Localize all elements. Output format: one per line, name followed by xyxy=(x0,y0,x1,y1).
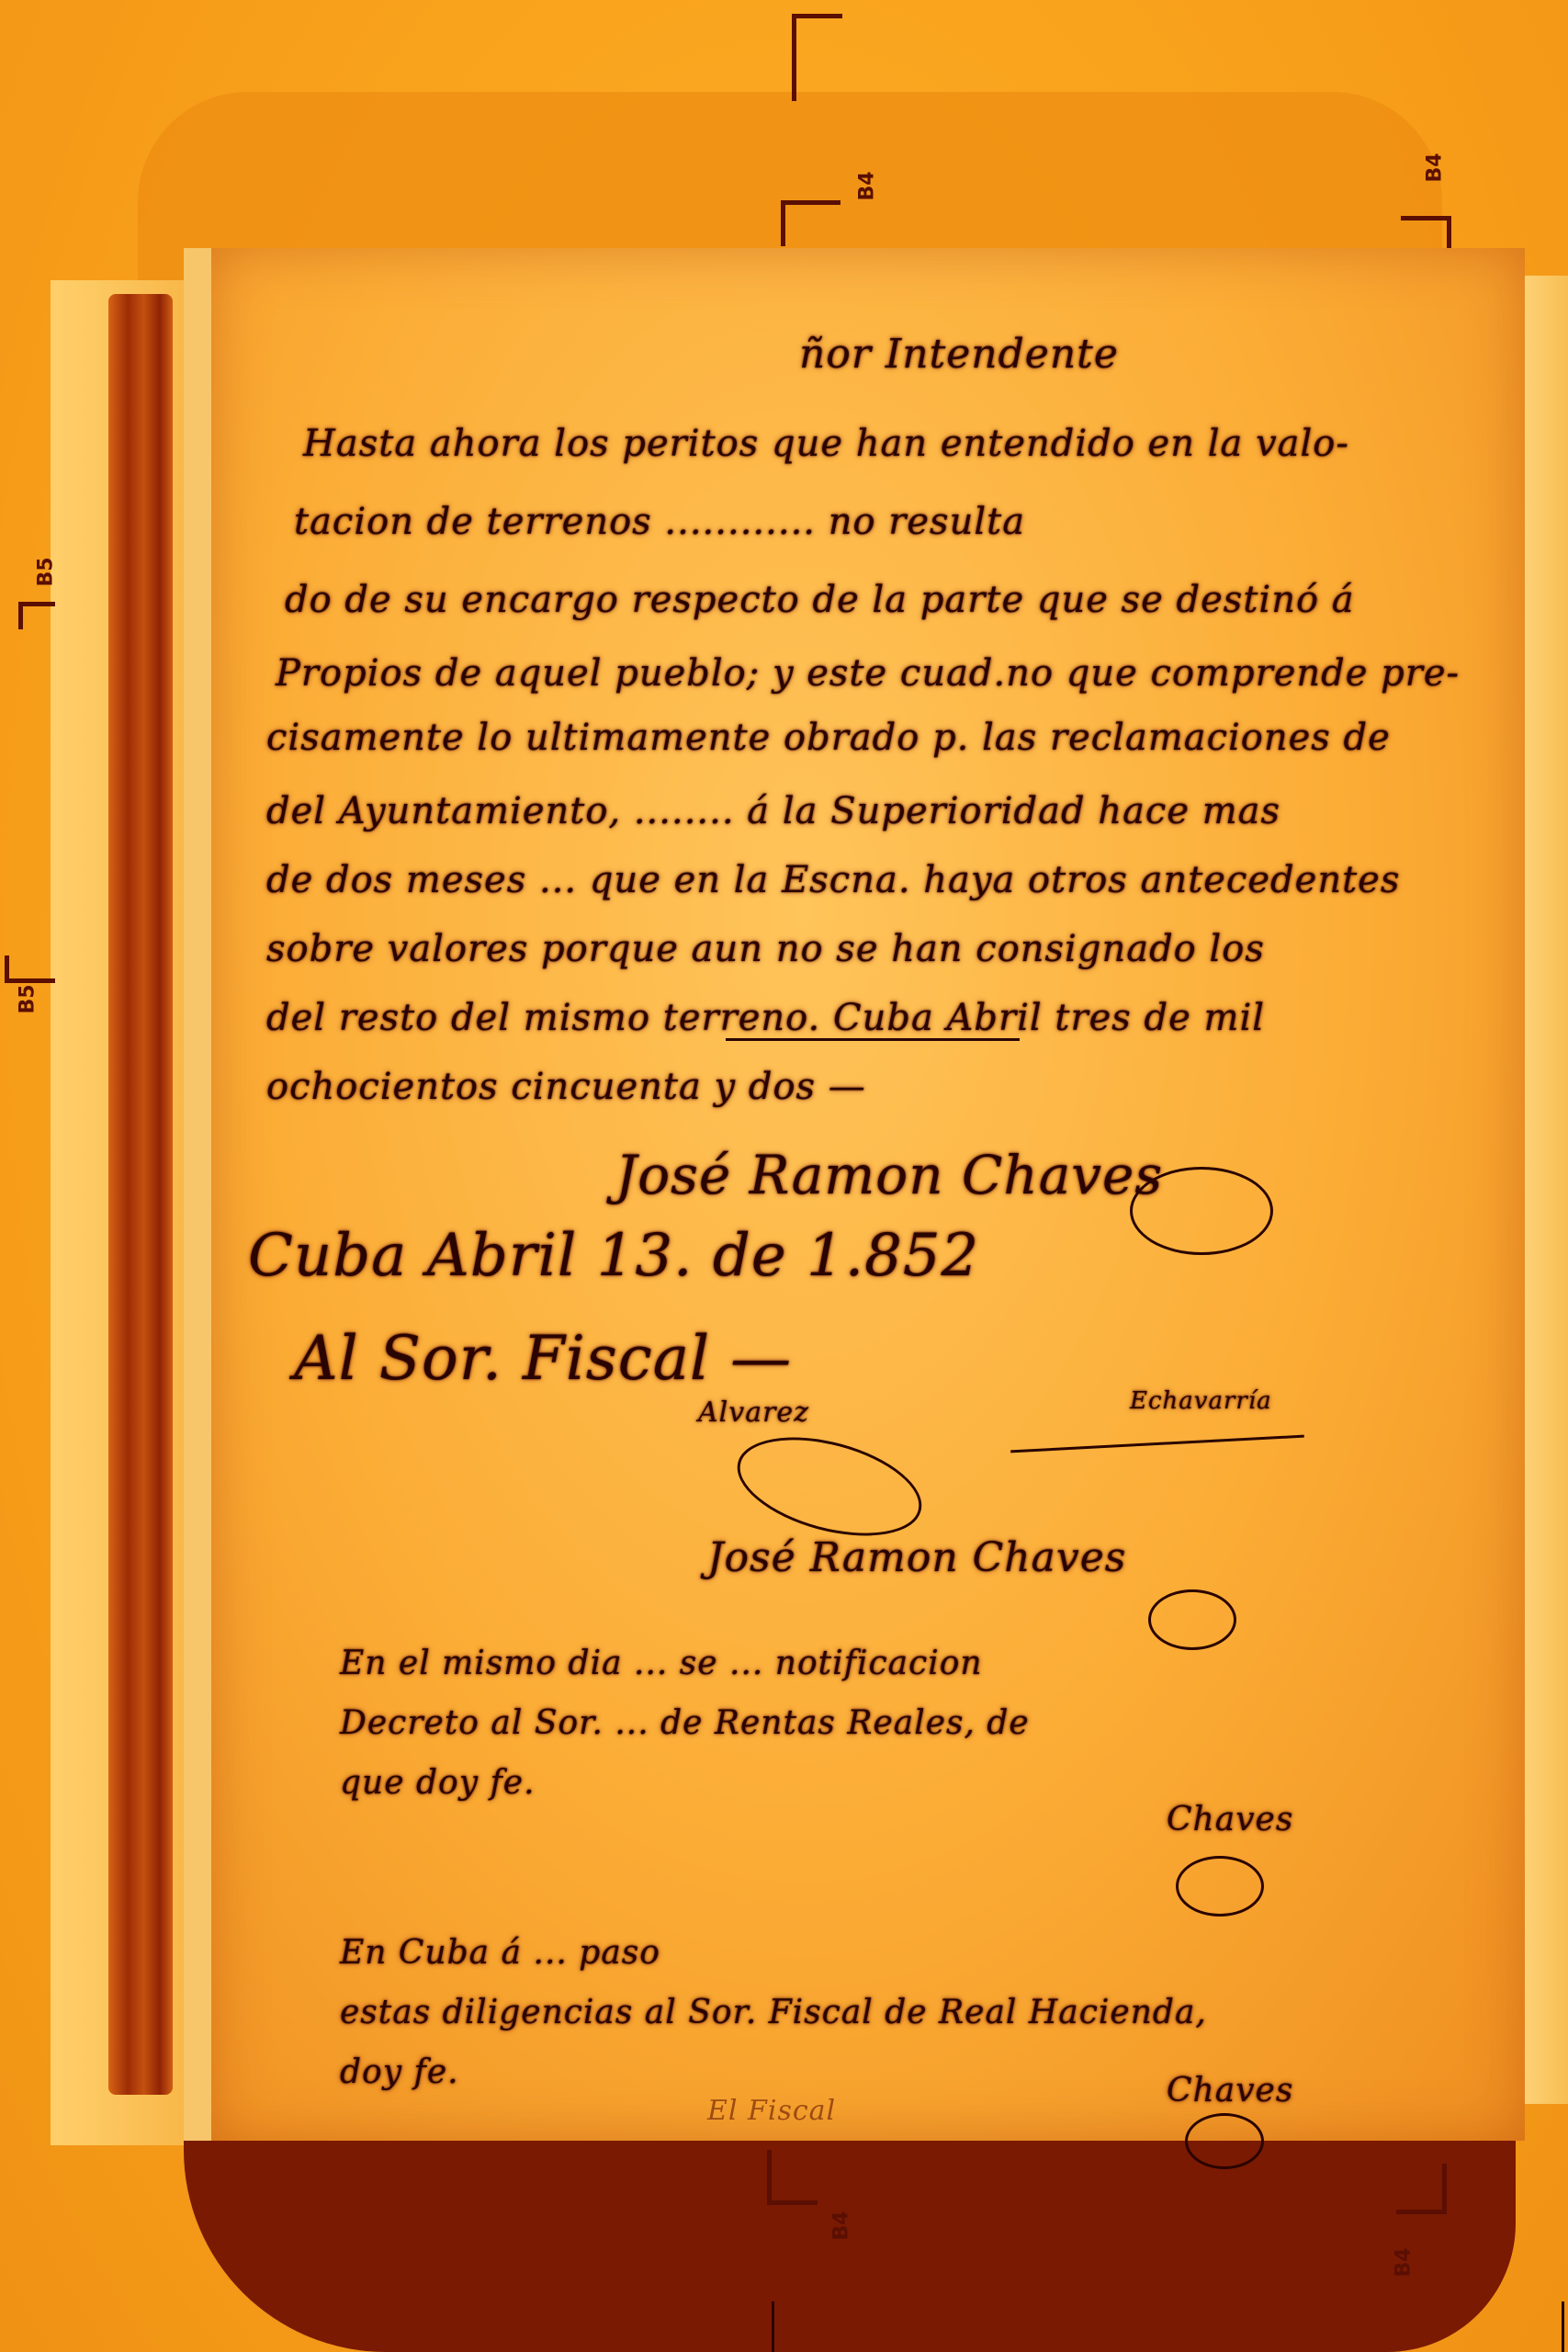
note-1-line: Decreto al Sor. ... de Rentas Reales, de xyxy=(340,1704,1030,1742)
note-1-line: que doy fe. xyxy=(340,1764,536,1802)
closing-line-rule xyxy=(726,1038,1020,1041)
marker-bracket-b4-bottom xyxy=(767,2150,818,2205)
marker-bracket-b5-lower xyxy=(5,955,55,983)
signature-echavarria: Echavarría xyxy=(1130,1387,1272,1415)
marker-label-top-center: B4 xyxy=(856,171,879,200)
manuscript-page: ñor Intendente Hasta ahora los peritos q… xyxy=(184,248,1525,2141)
marker-bracket-b4-top xyxy=(781,200,840,246)
body-line: Hasta ahora los peritos que han entendid… xyxy=(303,423,1349,465)
note-2-line: En Cuba á ... paso xyxy=(340,1934,660,1972)
signature-flourish xyxy=(1148,1589,1236,1650)
signature-flourish xyxy=(1185,2113,1264,2169)
decree-date: Cuba Abril 13. de 1.852 xyxy=(248,1222,979,1290)
document-heading: ñor Intendente xyxy=(799,331,1119,378)
marker-label-left-lower: B5 xyxy=(17,984,39,1013)
marker-label-left-upper: B5 xyxy=(35,557,58,586)
note-2-line: doy fe. xyxy=(340,2053,459,2091)
signature-underline xyxy=(1010,1435,1304,1453)
body-line: cisamente lo ultimamente obrado p. las r… xyxy=(266,717,1391,759)
note-2-signature: Chaves xyxy=(1167,2072,1293,2109)
note-1-signature: Chaves xyxy=(1167,1801,1293,1838)
signature-flourish xyxy=(1176,1856,1264,1917)
decree-addressee: Al Sor. Fiscal — xyxy=(294,1323,792,1394)
body-line: ochocientos cincuenta y dos — xyxy=(266,1066,866,1108)
body-line: del Ayuntamiento, ........ á la Superior… xyxy=(266,790,1280,832)
signature-chaves-1: José Ramon Chaves xyxy=(615,1144,1163,1206)
body-line: do de su encargo respecto de la parte qu… xyxy=(285,579,1355,621)
body-line: del resto del mismo terreno. Cuba Abril … xyxy=(266,997,1265,1039)
background-shadow-bottom xyxy=(184,2141,1516,2352)
signature-flourish xyxy=(1130,1167,1273,1255)
note-2-line: estas diligencias al Sor. Fiscal de Real… xyxy=(340,1994,1207,2031)
body-line: de dos meses ... que en la Escna. haya o… xyxy=(266,859,1400,901)
bottom-tick-line xyxy=(1562,2301,1564,2352)
marker-label-bottom-center: B4 xyxy=(830,2211,853,2240)
marker-label-top-right: B4 xyxy=(1424,153,1447,182)
body-line: tacion de terrenos ............ no resul… xyxy=(294,501,1025,543)
note-1-line: En el mismo dia ... se ... notificacion xyxy=(340,1645,983,1682)
signature-chaves-2: José Ramon Chaves xyxy=(707,1534,1126,1581)
signature-alvarez: Alvarez xyxy=(698,1396,809,1429)
body-line: sobre valores porque aun no se han consi… xyxy=(266,928,1265,970)
marker-bracket-b4-bottom-right xyxy=(1396,2164,1447,2214)
marker-label-bottom-right: B4 xyxy=(1393,2247,1416,2277)
marker-bracket-top-center xyxy=(792,14,842,101)
bottom-tick-line xyxy=(772,2301,774,2352)
book-spine xyxy=(108,294,173,2095)
footer-fiscal-text: El Fiscal xyxy=(707,2095,836,2127)
body-line: Propios de aquel pueblo; y este cuad.no … xyxy=(276,652,1460,695)
marker-bracket-b5-upper xyxy=(18,602,55,629)
